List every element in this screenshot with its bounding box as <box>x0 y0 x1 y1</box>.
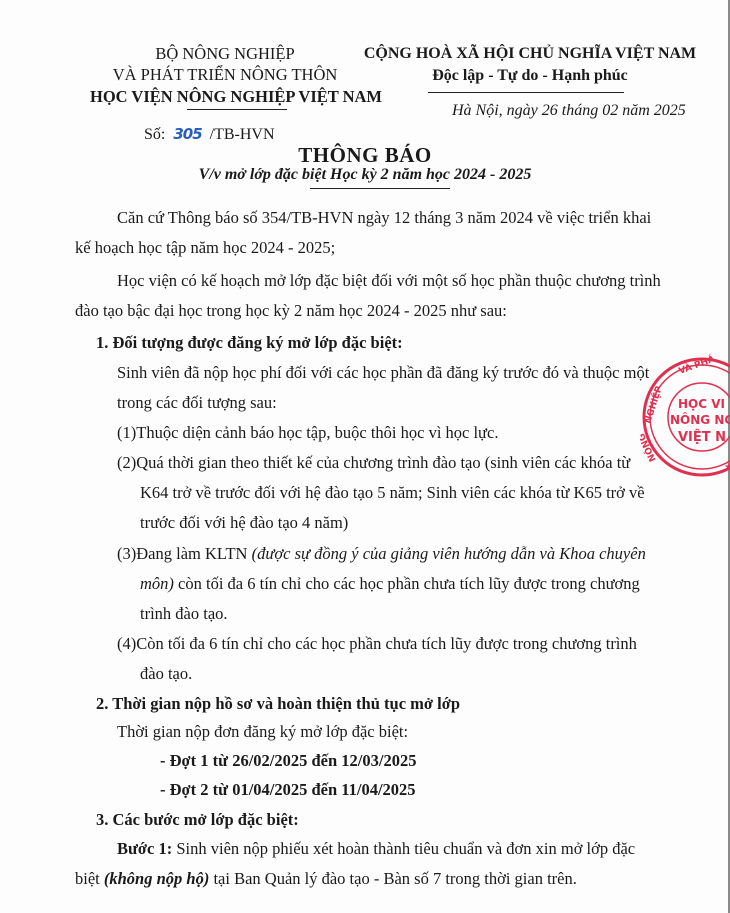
subtitle-underline <box>310 188 450 189</box>
svg-text:★: ★ <box>724 462 730 473</box>
section2-intro: Thời gian nộp đơn đăng ký mở lớp đặc biệ… <box>117 717 408 747</box>
item3-prefix: (3)Đang làm KLTN <box>117 544 252 563</box>
step1-emphasis: (không nộp hộ) <box>104 869 209 888</box>
document-page: BỘ NÔNG NGHIỆP VÀ PHÁT TRIỂN NÔNG THÔN H… <box>0 0 730 913</box>
doc-number-suffix: /TB-HVN <box>210 126 275 143</box>
section1-item2-line2: K64 trở về trước đối với hệ đào tạo 5 nă… <box>140 478 645 508</box>
document-title: THÔNG BÁO <box>0 143 730 168</box>
section1-heading: 1. Đối tượng được đăng ký mở lớp đặc biệ… <box>96 328 403 358</box>
document-number: Số: 305 /TB-HVN <box>144 125 275 144</box>
issue-date: Hà Nội, ngày 26 tháng 02 năm 2025 <box>452 102 686 120</box>
svg-text:VIỆT N: VIỆT N <box>678 429 726 445</box>
step1-text: Sinh viên nộp phiếu xét hoàn thành tiêu … <box>172 839 635 858</box>
section1-item3-line2: môn) còn tối đa 6 tín chỉ cho các học ph… <box>140 569 640 599</box>
section1-item2-line3: trước đối với hệ đào tạo 4 năm) <box>140 508 348 538</box>
ministry-name-line1: BỘ NÔNG NGHIỆP <box>90 43 360 65</box>
section1-item4-line2: đào tạo. <box>140 659 192 689</box>
section1-intro-line1: Sinh viên đã nộp học phí đối với các học… <box>117 358 649 388</box>
intro-para2-line1: Học viện có kế hoạch mở lớp đặc biệt đối… <box>117 266 661 296</box>
section3-heading: 3. Các bước mở lớp đặc biệt: <box>96 805 299 835</box>
step1-rest: tại Ban Quản lý đào tạo - Bàn số 7 trong… <box>209 869 577 888</box>
national-motto: Độc lập - Tự do - Hạnh phúc <box>360 65 700 87</box>
doc-number-prefix: Số: <box>144 126 165 143</box>
period-1: - Đợt 1 từ 26/02/2025 đến 12/03/2025 <box>160 746 416 776</box>
step1-pre: biệt <box>75 869 104 888</box>
section1-item3-line3: trình đào tạo. <box>140 599 228 629</box>
ministry-name-line2: VÀ PHÁT TRIỂN NÔNG THÔN <box>90 64 360 86</box>
section1-item3-line1: (3)Đang làm KLTN (được sự đồng ý của giả… <box>117 539 646 569</box>
section1-item2-line1: (2)Quá thời gian theo thiết kế của chươn… <box>117 448 630 478</box>
svg-text:VÀ PHÁ: VÀ PHÁ <box>677 353 716 377</box>
item3-italic: (được sự đồng ý của giảng viên hướng dẫn… <box>252 544 646 563</box>
section1-item4-line1: (4)Còn tối đa 6 tín chỉ cho các học phần… <box>117 629 637 659</box>
document-subtitle: V/v mở lớp đặc biệt Học kỳ 2 năm học 202… <box>0 166 730 184</box>
national-title: CỘNG HOÀ XÃ HỘI CHỦ NGHĨA VIỆT NAM <box>360 43 700 65</box>
doc-number-handwritten: 305 <box>173 125 201 143</box>
section1-intro-line2: trong các đối tượng sau: <box>117 388 277 418</box>
header-left-underline <box>187 109 287 110</box>
intro-para2-line2: đào tạo bậc đại học trong học kỳ 2 năm h… <box>75 296 507 326</box>
section1-item1: (1)Thuộc diện cảnh báo học tập, buộc thô… <box>117 418 498 448</box>
svg-text:NÔNG: NÔNG <box>640 431 659 463</box>
step1-label: Bước 1: <box>117 839 172 858</box>
institution-name: HỌC VIỆN NÔNG NGHIỆP VIỆT NAM <box>90 86 360 108</box>
svg-text:NÔNG NG: NÔNG NG <box>670 412 730 427</box>
step1-line2: biệt (không nộp hộ) tại Ban Quản lý đào … <box>75 864 577 894</box>
item3-rest: còn tối đa 6 tín chỉ cho các học phần ch… <box>174 574 640 593</box>
intro-para1-line1: Căn cứ Thông báo số 354/TB-HVN ngày 12 t… <box>117 203 651 233</box>
intro-para1-line2: kế hoạch học tập năm học 2024 - 2025; <box>75 233 335 263</box>
svg-text:HỌC VI: HỌC VI <box>678 397 725 411</box>
step1-line1: Bước 1: Sinh viên nộp phiếu xét hoàn thà… <box>117 834 635 864</box>
official-seal-stamp: VÀ PHÁ NGHIỆP NÔNG HỌC VI NÔNG NG VIỆT N… <box>640 352 730 482</box>
section2-heading: 2. Thời gian nộp hồ sơ và hoàn thiện thủ… <box>96 689 460 719</box>
header-right-underline <box>428 92 624 93</box>
item3-italic-cont: môn) <box>140 574 174 593</box>
period-2: - Đợt 2 từ 01/04/2025 đến 11/04/2025 <box>160 775 416 805</box>
